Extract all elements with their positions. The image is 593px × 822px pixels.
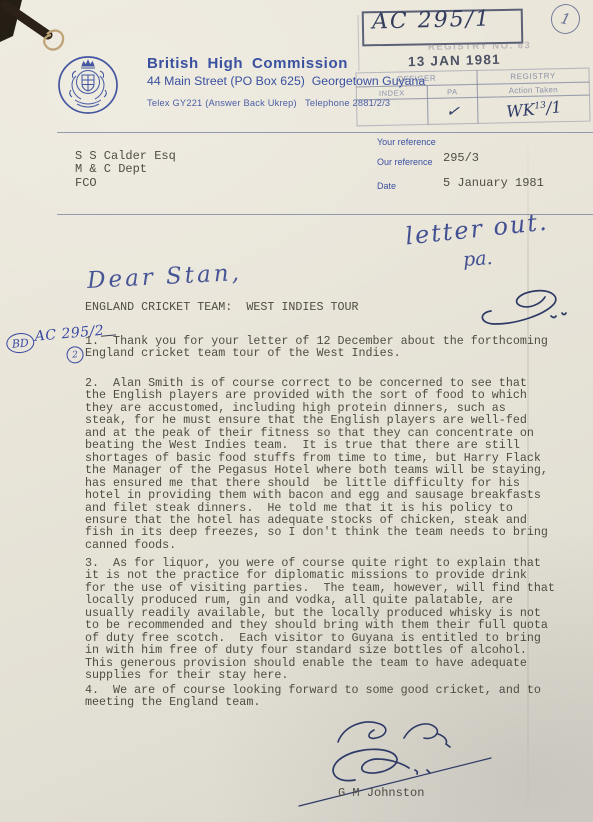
letterhead-rule [57, 132, 593, 133]
date-received-stamp: 13 JAN 1981 [408, 52, 501, 69]
our-reference-label: Our reference [377, 157, 433, 167]
paragraph-2: 2. Alan Smith is of course correct to be… [85, 377, 548, 551]
letterhead-telex: Telex GY221 (Answer Back Ukrep) Telephon… [147, 98, 390, 108]
registry-grid-check-cell: ✓ [427, 97, 479, 125]
salutation-handwritten: Dear Stan, [86, 260, 242, 294]
margin-initials-circled: BD [5, 332, 35, 354]
margin-circled-number: 2 [66, 346, 84, 364]
file-ref-handwritten: AC 295/1 [372, 6, 492, 34]
date-label: Date [377, 181, 396, 191]
letterhead-title: British High Commission [147, 55, 348, 72]
faint-registry-stamp: REGISTRY NO. 63 [428, 40, 531, 53]
page-number-text: 1 [559, 9, 573, 29]
action-value-sup: 13 [534, 101, 546, 112]
subject-line: ENGLAND CRICKET TEAM: WEST INDIES TOUR [85, 301, 359, 313]
signature-name: G M Johnston [338, 786, 424, 800]
check-mark-handwritten: ✓ [445, 101, 461, 121]
our-reference-value: 295/3 [443, 151, 479, 165]
registry-grid-action-cell: WK13/1 [477, 95, 591, 124]
addressee-block: S S Calder Esq M & C Dept FCO [75, 150, 176, 190]
action-value-handwritten: WK13/1 [505, 97, 562, 121]
initials-scribble [475, 273, 570, 328]
paragraph-3: 3. As for liquor, you were of course qui… [85, 557, 555, 682]
handwritten-pa-note: pa. [462, 247, 493, 271]
scanned-letter-page: 1 AC 295/1 REGISTRY NO. 63 13 JAN 1981 O… [0, 0, 593, 822]
your-reference-label: Your reference [377, 137, 436, 147]
royal-coat-of-arms-icon [56, 52, 120, 116]
action-value-post: /1 [545, 97, 562, 117]
letterhead-address: 44 Main Street (PO Box 625) Georgetown G… [147, 74, 425, 88]
action-value-pre: WK [505, 100, 535, 121]
stamp-frame-line [358, 15, 360, 71]
paragraph-4: 4. We are of course looking forward to s… [85, 684, 541, 709]
date-value: 5 January 1981 [443, 176, 544, 190]
circled-page-number: 1 [548, 1, 583, 37]
paragraph-1: 1. Thank you for your letter of 12 Decem… [85, 335, 548, 360]
